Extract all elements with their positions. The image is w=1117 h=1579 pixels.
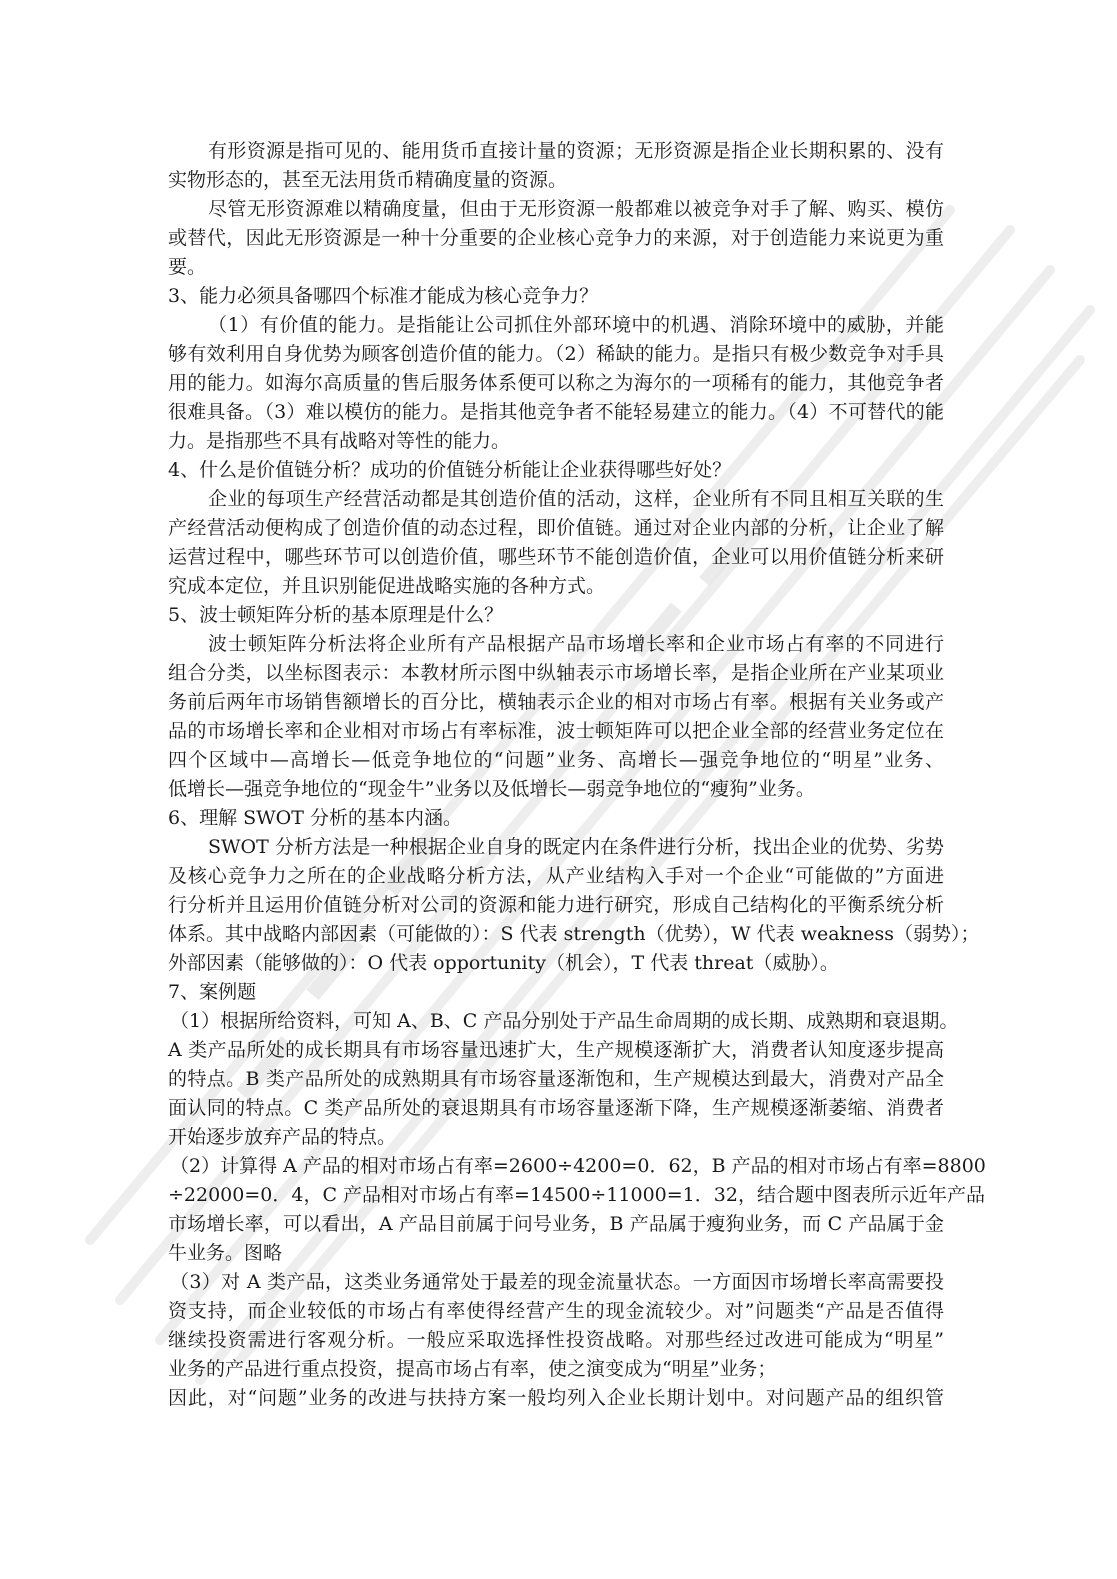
text-line: 外部因素（能够做的）：O 代表 opportunity（机会），T 代表 thr… bbox=[168, 949, 944, 978]
text-line: 究成本定位，并且识别能促进战略实施的各种方式。 bbox=[168, 572, 944, 601]
text-line: 力。是指那些不具有战略对等性的能力。 bbox=[168, 427, 944, 456]
document-page: 有形资源是指可见的、能用货币直接计量的资源；无形资源是指企业长期积累的、没有实物… bbox=[168, 137, 944, 1413]
text-line: 要。 bbox=[168, 253, 944, 282]
heading-line: 5、波士顿矩阵分析的基本原理是什么？ bbox=[168, 601, 944, 630]
answer-paragraph: （1）有价值的能力。是指能让公司抓住外部环境中的机遇、消除环境中的威胁，并能够有… bbox=[168, 311, 944, 456]
question-heading: 7、案例题 bbox=[168, 978, 944, 1007]
text-line: 开始逐步放弃产品的特点。 bbox=[168, 1123, 944, 1152]
text-line: （1）根据所给资料，可知 A、B、C 产品分别处于产品生命周期的成长期、成熟期和… bbox=[168, 1007, 944, 1036]
text-line: 够有效利用自身优势为顾客创造价值的能力。（2）稀缺的能力。是指只有极少数竞争对手… bbox=[168, 340, 944, 369]
text-line: 产经营活动便构成了创造价值的动态过程，即价值链。通过对企业内部的分析，让企业了解 bbox=[168, 514, 944, 543]
heading-line: 6、理解 SWOT 分析的基本内涵。 bbox=[168, 804, 944, 833]
text-line: 低增长—强竞争地位的“现金牛”业务以及低增长—弱竞争地位的“瘦狗”业务。 bbox=[168, 775, 944, 804]
question-heading: 4、什么是价值链分析？成功的价值链分析能让企业获得哪些好处？ bbox=[168, 456, 944, 485]
text-line: 及核心竞争力之所在的企业战略分析方法，从产业结构入手对一个企业“可能做的”方面进 bbox=[168, 862, 944, 891]
text-line: 因此，对“问题”业务的改进与扶持方案一般均列入企业长期计划中。对问题产品的组织管 bbox=[168, 1384, 944, 1413]
text-line: 四个区域中—高增长—低竞争地位的“问题”业务、高增长—强竞争地位的“明星”业务、 bbox=[168, 746, 944, 775]
text-line: 务前后两年市场销售额增长的百分比，横轴表示企业的相对市场占有率。根据有关业务或产 bbox=[168, 688, 944, 717]
text-line: 组合分类，以坐标图表示：本教材所示图中纵轴表示市场增长率，是指企业所在产业某项业 bbox=[168, 659, 944, 688]
text-line: 继续投资需进行客观分析。一般应采取选择性投资战略。对那些经过改进可能成为“明星” bbox=[168, 1326, 944, 1355]
heading-line: 3、能力必须具备哪四个标准才能成为核心竞争力？ bbox=[168, 282, 944, 311]
answer-paragraph: （2）计算得 A 产品的相对市场占有率=2600÷4200=0．62，B 产品的… bbox=[168, 1152, 944, 1268]
text-line: （1）有价值的能力。是指能让公司抓住外部环境中的机遇、消除环境中的威胁，并能 bbox=[168, 311, 944, 340]
answer-paragraph: 波士顿矩阵分析法将企业所有产品根据产品市场增长率和企业市场占有率的不同进行组合分… bbox=[168, 630, 944, 804]
text-line: 体系。其中战略内部因素（可能做的）：S 代表 strength（优势），W 代表… bbox=[168, 920, 944, 949]
heading-line: 7、案例题 bbox=[168, 978, 944, 1007]
text-line: 行分析并且运用价值链分析对公司的资源和能力进行研究，形成自己结构化的平衡系统分析 bbox=[168, 891, 944, 920]
answer-paragraph: 企业的每项生产经营活动都是其创造价值的活动，这样，企业所有不同且相互关联的生产经… bbox=[168, 485, 944, 601]
text-line: A 类产品所处的成长期具有市场容量迅速扩大，生产规模逐渐扩大，消费者认知度逐步提… bbox=[168, 1036, 944, 1065]
text-line: 品的市场增长率和企业相对市场占有率标准，波士顿矩阵可以把企业全部的经营业务定位在 bbox=[168, 717, 944, 746]
text-line: 业务的产品进行重点投资，提高市场占有率，使之演变成为“明星”业务； bbox=[168, 1355, 944, 1384]
answer-paragraph: 尽管无形资源难以精确度量，但由于无形资源一般都难以被竞争对手了解、购买、模仿或替… bbox=[168, 195, 944, 282]
text-line: （2）计算得 A 产品的相对市场占有率=2600÷4200=0．62，B 产品的… bbox=[168, 1152, 944, 1181]
text-line: 运营过程中，哪些环节可以创造价值，哪些环节不能创造价值，企业可以用价值链分析来研 bbox=[168, 543, 944, 572]
text-line: 牛业务。图略 bbox=[168, 1239, 944, 1268]
text-line: 有形资源是指可见的、能用货币直接计量的资源；无形资源是指企业长期积累的、没有 bbox=[168, 137, 944, 166]
text-line: 波士顿矩阵分析法将企业所有产品根据产品市场增长率和企业市场占有率的不同进行 bbox=[168, 630, 944, 659]
text-line: 资支持，而企业较低的市场占有率使得经营产生的现金流较少。对”问题类“产品是否值得 bbox=[168, 1297, 944, 1326]
question-heading: 6、理解 SWOT 分析的基本内涵。 bbox=[168, 804, 944, 833]
question-heading: 3、能力必须具备哪四个标准才能成为核心竞争力？ bbox=[168, 282, 944, 311]
answer-paragraph: （1）根据所给资料，可知 A、B、C 产品分别处于产品生命周期的成长期、成熟期和… bbox=[168, 1007, 944, 1152]
text-line: 市场增长率，可以看出，A 产品目前属于问号业务，B 产品属于瘦狗业务，而 C 产… bbox=[168, 1210, 944, 1239]
answer-paragraph: 有形资源是指可见的、能用货币直接计量的资源；无形资源是指企业长期积累的、没有实物… bbox=[168, 137, 944, 195]
question-heading: 5、波士顿矩阵分析的基本原理是什么？ bbox=[168, 601, 944, 630]
answer-paragraph: SWOT 分析方法是一种根据企业自身的既定内在条件进行分析，找出企业的优势、劣势… bbox=[168, 833, 944, 978]
text-line: SWOT 分析方法是一种根据企业自身的既定内在条件进行分析，找出企业的优势、劣势 bbox=[168, 833, 944, 862]
text-line: 用的能力。如海尔高质量的售后服务体系便可以称之为海尔的一项稀有的能力，其他竞争者 bbox=[168, 369, 944, 398]
text-line: 尽管无形资源难以精确度量，但由于无形资源一般都难以被竞争对手了解、购买、模仿 bbox=[168, 195, 944, 224]
text-line: 企业的每项生产经营活动都是其创造价值的活动，这样，企业所有不同且相互关联的生 bbox=[168, 485, 944, 514]
text-line: 或替代，因此无形资源是一种十分重要的企业核心竞争力的来源，对于创造能力来说更为重 bbox=[168, 224, 944, 253]
text-line: （3）对 A 类产品，这类业务通常处于最差的现金流量状态。一方面因市场增长率高需… bbox=[168, 1268, 944, 1297]
answer-paragraph: （3）对 A 类产品，这类业务通常处于最差的现金流量状态。一方面因市场增长率高需… bbox=[168, 1268, 944, 1413]
text-line: 面认同的特点。C 类产品所处的衰退期具有市场容量逐渐下降，生产规模逐渐萎缩、消费… bbox=[168, 1094, 944, 1123]
text-line: 的特点。B 类产品所处的成熟期具有市场容量逐渐饱和，生产规模达到最大，消费对产品… bbox=[168, 1065, 944, 1094]
text-line: ÷22000=0．4，C 产品相对市场占有率=14500÷11000=1．32，… bbox=[168, 1181, 944, 1210]
heading-line: 4、什么是价值链分析？成功的价值链分析能让企业获得哪些好处？ bbox=[168, 456, 944, 485]
text-line: 实物形态的，甚至无法用货币精确度量的资源。 bbox=[168, 166, 944, 195]
text-line: 很难具备。（3）难以模仿的能力。是指其他竞争者不能轻易建立的能力。（4）不可替代… bbox=[168, 398, 944, 427]
